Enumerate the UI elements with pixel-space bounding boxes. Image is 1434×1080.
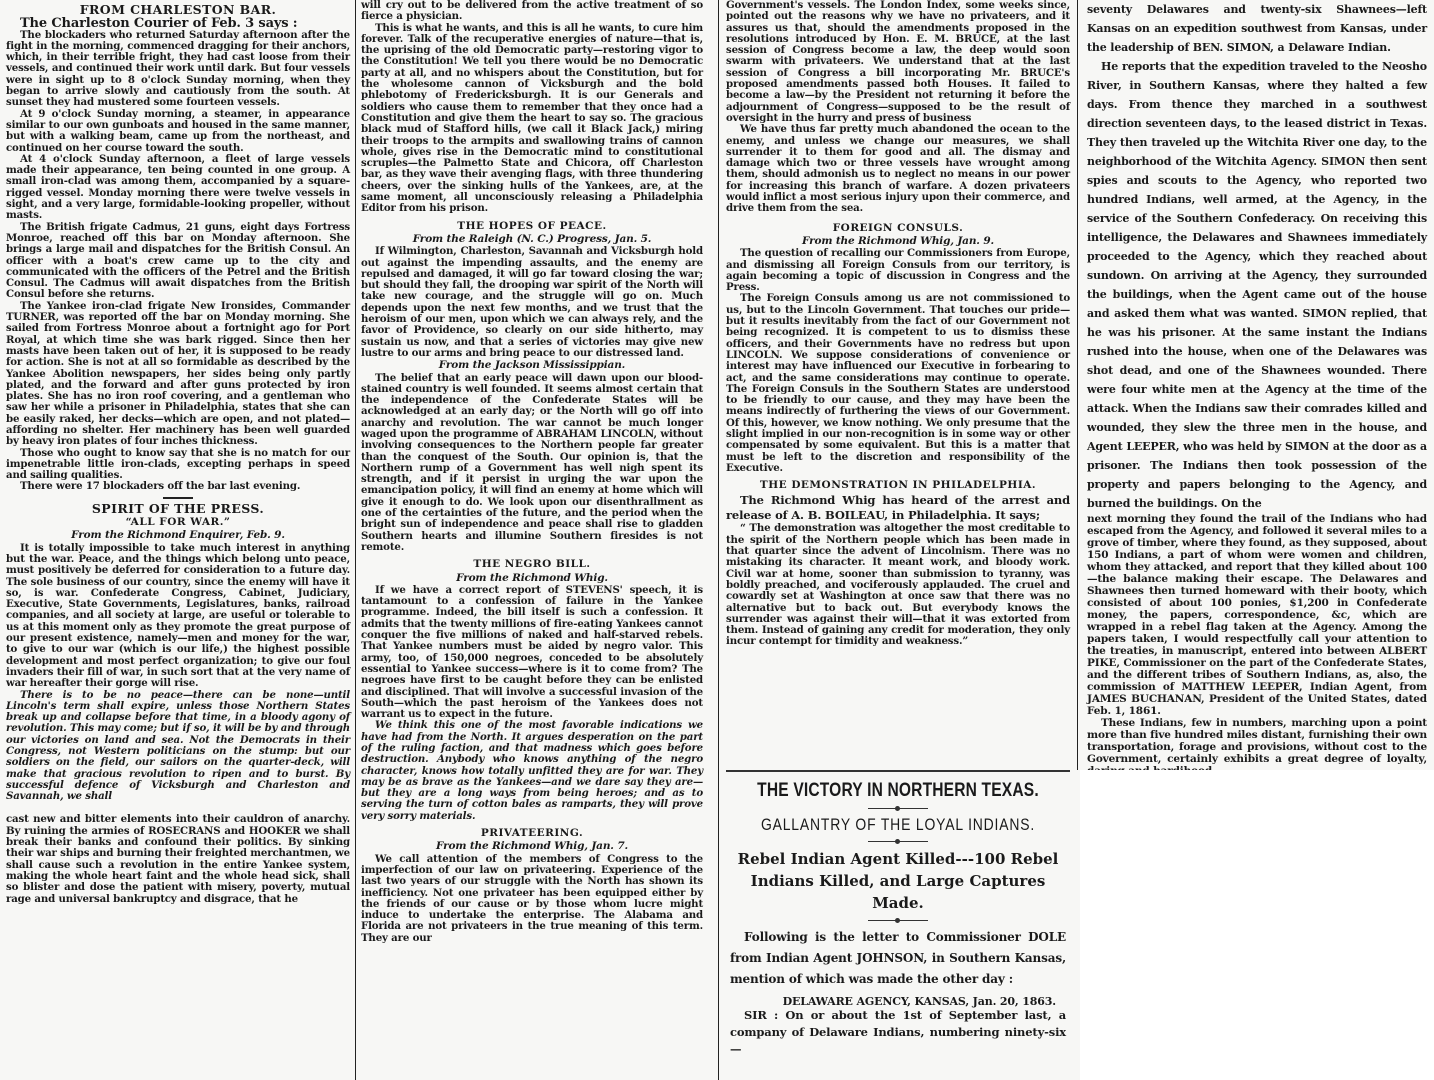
headline-negro-bill: THE NEGRO BILL.: [361, 559, 703, 570]
source-line: From the Richmond Whig.: [361, 573, 703, 584]
subheadline-gallantry: GALLANTRY OF THE LOYAL INDIANS.: [757, 815, 1039, 835]
source-line: From the Richmond Enquirer, Feb. 9.: [6, 530, 350, 541]
blank-area: [1080, 770, 1434, 1080]
paragraph: It is totally impossible to take much in…: [6, 543, 350, 690]
headline-hopes-of-peace: THE HOPES OF PEACE.: [361, 221, 703, 232]
paragraph: The Yankee iron-clad frigate New Ironsid…: [6, 301, 350, 448]
newspaper-page: FROM CHARLESTON BAR. The Charleston Cour…: [0, 0, 1434, 1080]
subheadline-rebel-agent-killed: Rebel Indian Agent Killed---100 Rebel In…: [732, 848, 1064, 914]
column-rule: [1077, 0, 1078, 770]
headline-charleston-bar: FROM CHARLESTON BAR.: [6, 4, 350, 15]
ornament-divider: [868, 841, 928, 842]
paragraph: The question of recalling our Commission…: [726, 248, 1070, 293]
paragraph: The blockaders who returned Saturday aft…: [6, 30, 350, 109]
headline-privateering: PRIVATEERING.: [361, 828, 703, 839]
ornament-divider: [868, 808, 928, 809]
paragraph: next morning they found the trail of the…: [1087, 513, 1427, 717]
source-line: From the Richmond Whig, Jan. 7.: [361, 841, 703, 852]
paragraph: If we have a correct report of STEVENS' …: [361, 585, 703, 721]
paragraph: If Wilmington, Charleston, Savannah and …: [361, 246, 703, 359]
paragraph: At 4 o'clock Sunday afternoon, a fleet o…: [6, 154, 350, 222]
column-rule: [355, 0, 356, 1080]
dateline: DELAWARE AGENCY, KANSAS, Jan. 20, 1863.: [730, 996, 1056, 1007]
paragraph: He reports that the expedition traveled …: [1087, 57, 1427, 513]
victory-article: THE VICTORY IN NORTHERN TEXAS. GALLANTRY…: [726, 770, 1070, 1080]
paragraph: We call attention of the members of Cong…: [361, 854, 703, 944]
section-divider: [163, 497, 193, 499]
paragraph: The Richmond Whig has heard of the arres…: [726, 493, 1070, 523]
paragraph: We think this one of the most favorable …: [361, 720, 703, 822]
column-3: Government's vessels. The London Index, …: [726, 0, 1070, 648]
paragraph: The Foreign Consuls among us are not com…: [726, 293, 1070, 474]
paragraph: seventy Delawares and twenty-six Shawnee…: [1087, 0, 1427, 57]
column-rule: [718, 0, 719, 1080]
paragraph: The belief that an early peace will dawn…: [361, 373, 703, 554]
subheadline: “ALL FOR WAR.”: [6, 517, 350, 528]
headline-spirit-of-press: SPIRIT OF THE PRESS.: [6, 503, 350, 514]
source-line: From the Jackson Mississippian.: [361, 360, 703, 371]
paragraph: will cry out to be delivered from the ac…: [361, 0, 703, 23]
paragraph: There were 17 blockaders off the bar las…: [6, 481, 350, 492]
ornament-divider: [868, 920, 928, 921]
paragraph: Government's vessels. The London Index, …: [726, 0, 1070, 124]
paragraph: At 9 o'clock Sunday morning, a steamer, …: [6, 109, 350, 154]
paragraph: The British frigate Cadmus, 21 guns, eig…: [6, 222, 350, 301]
quote-paragraph: “ The demonstration was altogether the m…: [726, 523, 1070, 647]
column-4: seventy Delawares and twenty-six Shawnee…: [1087, 0, 1427, 834]
headline-victory-northern-texas: THE VICTORY IN NORTHERN TEXAS.: [757, 780, 1039, 802]
column-2: will cry out to be delivered from the ac…: [361, 0, 703, 944]
source-line: From the Raleigh (N. C.) Progress, Jan. …: [361, 234, 703, 245]
paragraph: cast new and bitter elements into their …: [6, 814, 350, 904]
paragraph: SIR : On or about the 1st of September l…: [730, 1007, 1066, 1058]
article-intro: The Charleston Courier of Feb. 3 says :: [6, 18, 350, 29]
paragraph: Those who ought to know say that she is …: [6, 448, 350, 482]
headline-foreign-consuls: FOREIGN CONSULS.: [726, 223, 1070, 234]
headline-demonstration: THE DEMONSTRATION IN PHILADELPHIA.: [726, 480, 1070, 491]
paragraph: These Indians, few in numbers, marching …: [1087, 717, 1427, 777]
paragraph: This is what he wants, and this is all h…: [361, 23, 703, 215]
source-line: From the Richmond Whig, Jan. 9.: [726, 236, 1070, 247]
column-1: FROM CHARLESTON BAR. The Charleston Cour…: [6, 0, 350, 905]
paragraph: We have thus far pretty much abandoned t…: [726, 124, 1070, 214]
paragraph: There is to be no peace—there can be non…: [6, 690, 350, 803]
lede-paragraph: Following is the letter to Commissioner …: [730, 927, 1066, 990]
